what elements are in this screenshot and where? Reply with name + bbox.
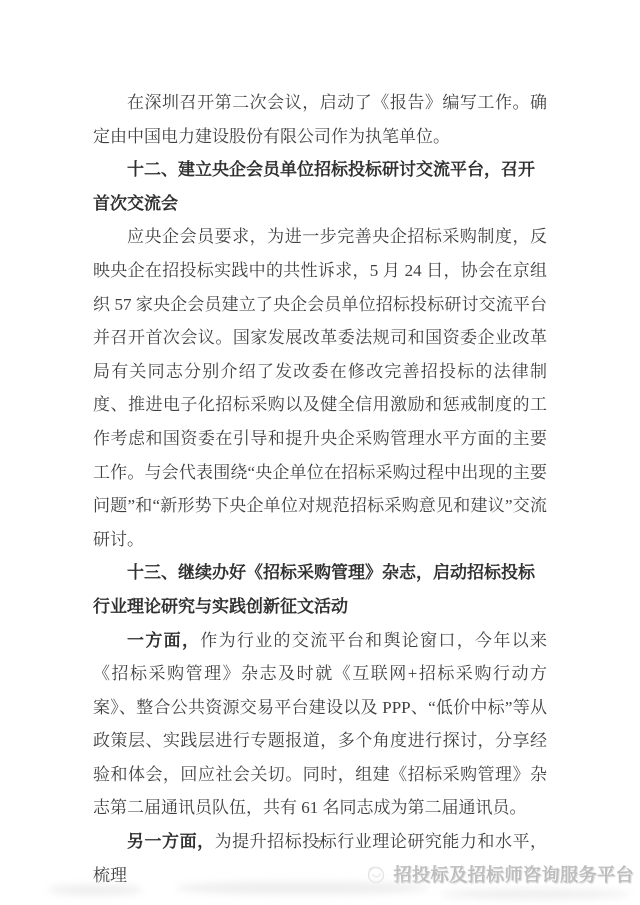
paragraph-section-12: 应央企会员要求，为进一步完善央企招标采购制度，反映央企在招投标实践中的共性诉求，… — [93, 220, 547, 556]
scan-artifact-smudge — [48, 885, 143, 895]
document-content: 在深圳召开第二次会议，启动了《报告》编写工作。确定由中国电力建设股份有限公司作为… — [93, 86, 547, 892]
scan-artifact-smudge — [440, 889, 630, 899]
paragraph-one-aspect: 一方面，作为行业的交流平台和舆论窗口，今年以来《招标采购管理》杂志及时就《互联网… — [93, 624, 547, 826]
scan-artifact-smudge — [175, 882, 430, 894]
lead-phrase-one-aspect: 一方面， — [127, 631, 200, 650]
section-heading-12: 十二、建立央企会员单位招标投标研讨交流平台，召开首次交流会 — [93, 153, 547, 220]
page-number: 7 — [0, 837, 640, 853]
footer-watermark: 招投标及招标师咨询服务平台 — [364, 861, 635, 887]
document-page: 在深圳召开第二次会议，启动了《报告》编写工作。确定由中国电力建设股份有限公司作为… — [0, 0, 640, 905]
paragraph-continuation: 在深圳召开第二次会议，启动了《报告》编写工作。确定由中国电力建设股份有限公司作为… — [93, 86, 547, 153]
platform-name: 招投标及招标师咨询服务平台 — [394, 861, 635, 887]
paragraph-one-aspect-text: 作为行业的交流平台和舆论窗口，今年以来《招标采购管理》杂志及时就《互联网+招标采… — [93, 631, 547, 818]
section-heading-13: 十三、继续办好《招标采购管理》杂志，启动招标投标行业理论研究与实践创新征文活动 — [93, 556, 547, 623]
